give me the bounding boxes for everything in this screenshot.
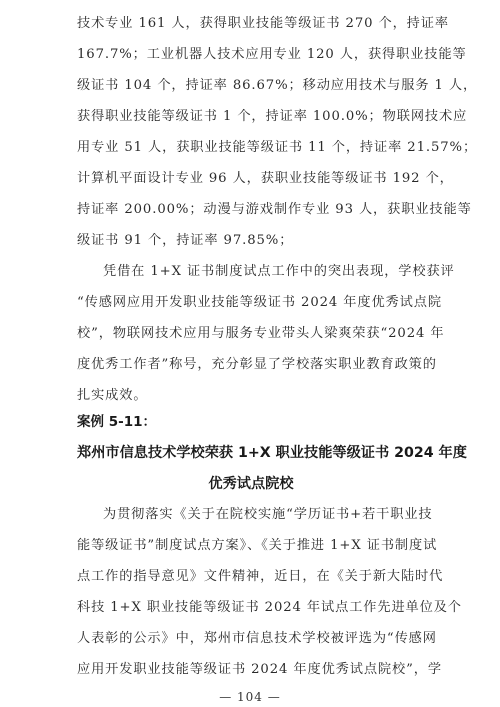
- text-line: 能等级证书”制度试点方案》、《关于推进 1+X 证书制度试: [77, 536, 437, 556]
- text-line: 获得职业技能等级证书 1 个，持证率 100.0%；物联网技术应: [77, 107, 467, 127]
- text-line: 扎实成效。: [77, 386, 147, 406]
- text-line: 人表彰的公示》中，郑州市信息技术学校被评选为“传感网: [77, 629, 437, 649]
- text-line: 级证书 104 个，持证率 86.67%；移动应用技术与服务 1 人，: [77, 76, 477, 96]
- text-line: 校”，物联网技术应用与服务专业带头人梁爽荣获“2024 年: [77, 324, 444, 344]
- text-line: 持证率 200.00%；动漫与游戏制作专业 93 人，获职业技能等: [77, 200, 472, 220]
- text-line: 167.7%；工业机器人技术应用专业 120 人，获得职业技能等: [77, 45, 467, 65]
- text-line: 点工作的指导意见》文件精神，近日，在《关于新大陆时代: [77, 567, 443, 587]
- text-line: 应用开发职业技能等级证书 2024 年度优秀试点院校”，学: [77, 660, 442, 680]
- text-line: “传感网应用开发职业技能等级证书 2024 年度优秀试点院: [77, 293, 442, 313]
- text-line: 科技 1+X 职业技能等级证书 2024 年试点工作先进单位及个: [77, 598, 462, 618]
- text-line: 用专业 51 人，获职业技能等级证书 11 个，持证率 21.57%；: [77, 138, 477, 158]
- case-label: 案例 5-11：: [77, 412, 156, 432]
- text-line: 度优秀工作者”称号，充分彰显了学校落实职业教育政策的: [77, 355, 437, 375]
- text-line: 技术专业 161 人，获得职业技能等级证书 270 个，持证率: [77, 14, 449, 34]
- case-title-line1: 郑州市信息技术学校荣获 1+X 职业技能等级证书 2024 年度: [77, 443, 425, 463]
- text-line: 计算机平面设计专业 96 人，获职业技能等级证书 192 个，: [77, 169, 454, 189]
- text-line: 为贯彻落实《关于在院校实施“学历证书+若干职业技: [103, 505, 433, 525]
- text-line: 凭借在 1+X 证书制度试点工作中的突出表现，学校获评: [103, 262, 455, 282]
- page-number: — 104 —: [0, 690, 500, 704]
- text-line: 级证书 91 个，持证率 97.85%；: [77, 231, 293, 251]
- case-title-line2: 优秀试点院校: [77, 474, 425, 494]
